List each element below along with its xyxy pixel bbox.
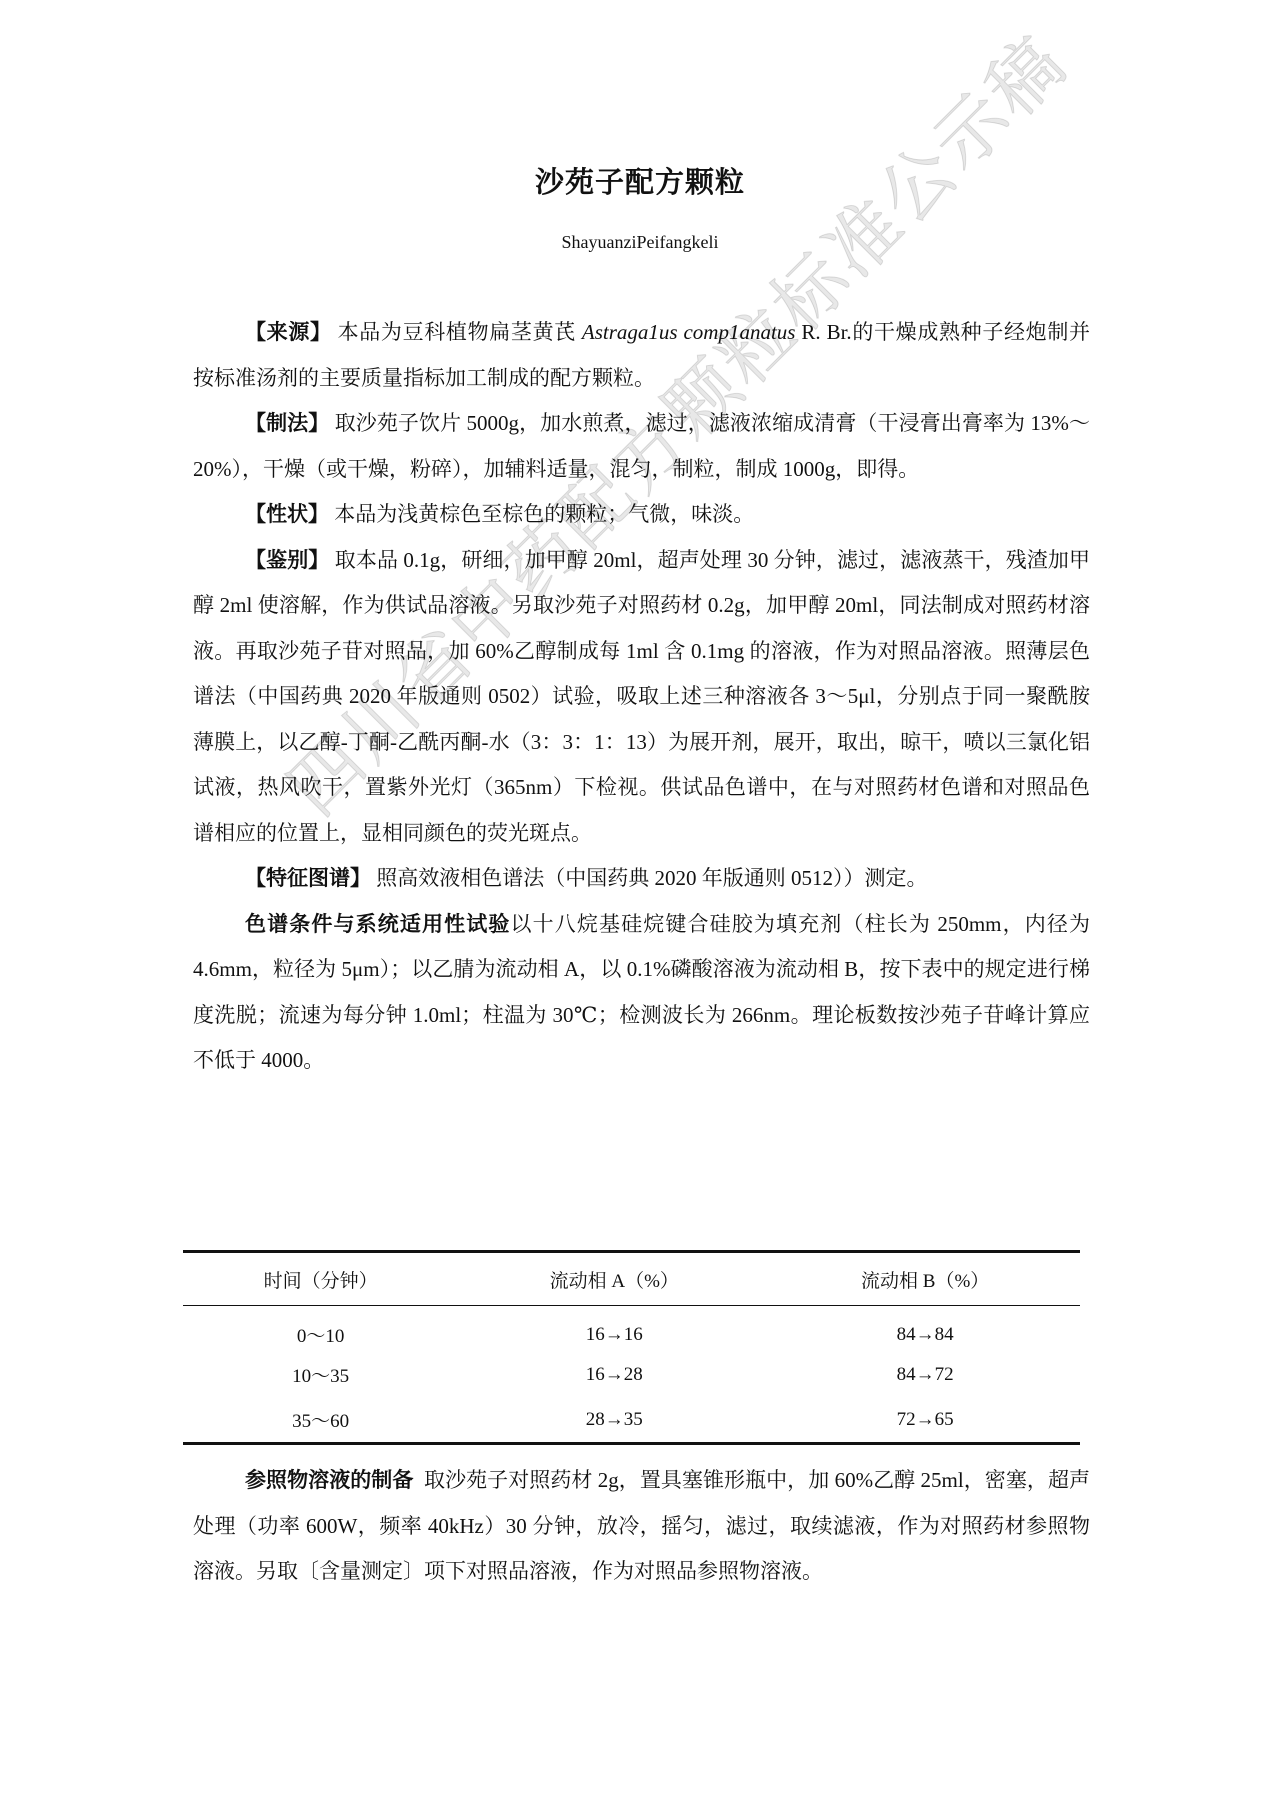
section-identification: 【鉴别】 取本品 0.1g，研细，加甲醇 20ml，超声处理 30 分钟，滤过，… bbox=[193, 538, 1090, 857]
section-label: 【制法】 bbox=[245, 412, 329, 435]
cell-phase-a: 28→35 bbox=[458, 1398, 770, 1444]
section-label: 参照物溶液的制备 bbox=[245, 1469, 413, 1492]
reference-solution-body: 参照物溶液的制备 取沙苑子对照药材 2g，置具塞锥形瓶中，加 60%乙醇 25m… bbox=[193, 1458, 1090, 1595]
document-subtitle: ShayuanziPeifangkeli bbox=[0, 232, 1280, 253]
column-header-phase-b: 流动相 B（%） bbox=[770, 1252, 1080, 1306]
cell-phase-b: 72→65 bbox=[770, 1398, 1080, 1444]
column-header-time: 时间（分钟） bbox=[183, 1252, 458, 1306]
cell-time: 0～10 bbox=[183, 1306, 458, 1352]
section-label: 【特征图谱】 bbox=[245, 867, 371, 890]
section-text: 本品为豆科植物扁茎黄芪 bbox=[338, 320, 576, 344]
cell-phase-a: 16→28 bbox=[458, 1352, 770, 1398]
table-row: 35～60 28→35 72→65 bbox=[183, 1398, 1080, 1444]
section-text: 取本品 0.1g，研细，加甲醇 20ml，超声处理 30 分钟，滤过，滤液蒸干，… bbox=[193, 548, 1090, 845]
table-row: 0～10 16→16 84→84 bbox=[183, 1306, 1080, 1352]
cell-phase-b: 84→84 bbox=[770, 1306, 1080, 1352]
section-label: 【性状】 bbox=[245, 503, 329, 526]
table-row: 10～35 16→28 84→72 bbox=[183, 1352, 1080, 1398]
cell-time: 35～60 bbox=[183, 1398, 458, 1444]
section-text: 照高效液相色谱法（中国药典 2020 年版通则 0512））测定。 bbox=[376, 866, 927, 890]
section-chromatographic-conditions: 色谱条件与系统适用性试验以十八烷基硅烷键合硅胶为填充剂（柱长为 250mm，内径… bbox=[193, 902, 1090, 1084]
section-reference-solution: 参照物溶液的制备 取沙苑子对照药材 2g，置具塞锥形瓶中，加 60%乙醇 25m… bbox=[193, 1458, 1090, 1595]
section-label: 色谱条件与系统适用性试验 bbox=[245, 913, 511, 936]
cell-phase-a: 16→16 bbox=[458, 1306, 770, 1352]
gradient-table: 时间（分钟） 流动相 A（%） 流动相 B（%） 0～10 16→16 84→8… bbox=[183, 1250, 1080, 1445]
monograph-body: 【来源】 本品为豆科植物扁茎黄芪 Astraga1us comp1anatus … bbox=[193, 310, 1090, 1084]
latin-name: Astraga1us comp1anatus bbox=[582, 320, 796, 344]
section-preparation: 【制法】 取沙苑子饮片 5000g，加水煎煮，滤过，滤液浓缩成清膏（干浸膏出膏率… bbox=[193, 401, 1090, 492]
section-label: 【来源】 bbox=[245, 321, 332, 344]
section-description: 【性状】 本品为浅黄棕色至棕色的颗粒；气微，味淡。 bbox=[193, 492, 1090, 538]
section-fingerprint: 【特征图谱】 照高效液相色谱法（中国药典 2020 年版通则 0512））测定。 bbox=[193, 856, 1090, 902]
section-text: 本品为浅黄棕色至棕色的颗粒；气微，味淡。 bbox=[334, 502, 754, 526]
column-header-phase-a: 流动相 A（%） bbox=[458, 1252, 770, 1306]
document-title: 沙苑子配方颗粒 bbox=[0, 160, 1280, 201]
table-header-row: 时间（分钟） 流动相 A（%） 流动相 B（%） bbox=[183, 1252, 1080, 1306]
section-label: 【鉴别】 bbox=[245, 549, 329, 572]
document-page: 沙苑子配方颗粒 ShayuanziPeifangkeli 【来源】 本品为豆科植… bbox=[0, 0, 1280, 1811]
section-source: 【来源】 本品为豆科植物扁茎黄芪 Astraga1us comp1anatus … bbox=[193, 310, 1090, 401]
cell-phase-b: 84→72 bbox=[770, 1352, 1080, 1398]
cell-time: 10～35 bbox=[183, 1352, 458, 1398]
